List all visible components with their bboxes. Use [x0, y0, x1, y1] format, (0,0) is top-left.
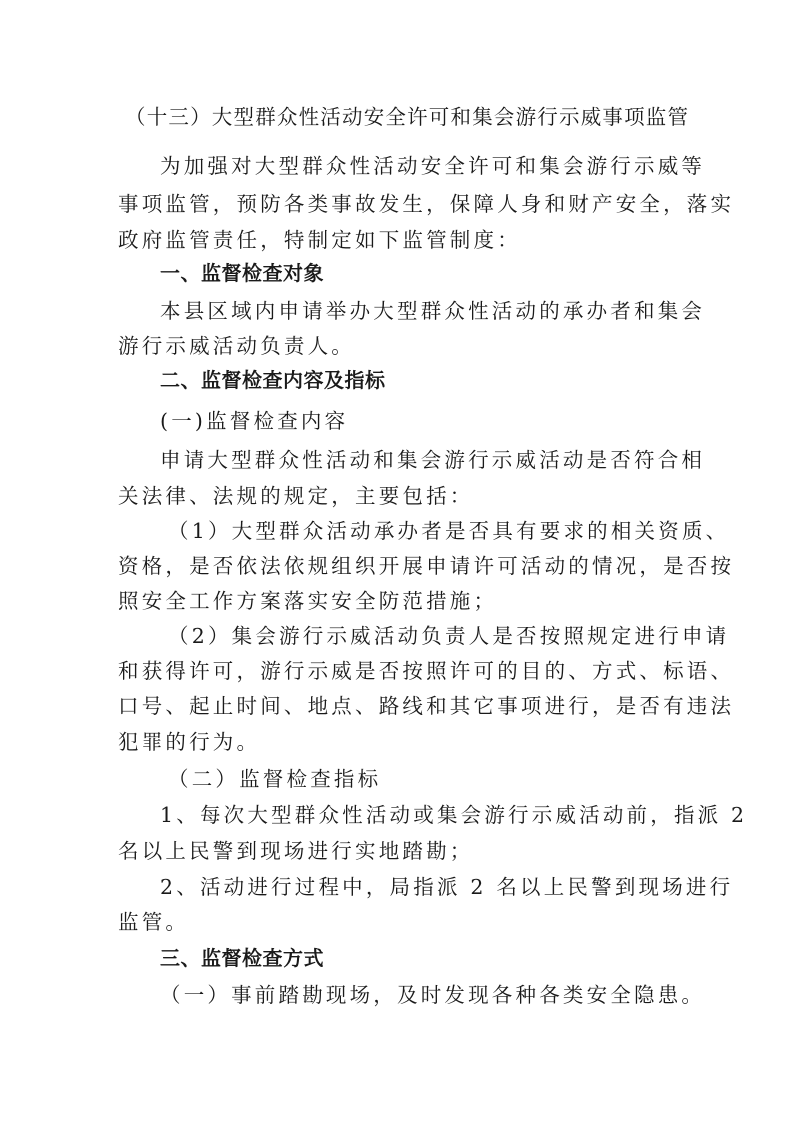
section-1-line-1: 本县区域内申请举办大型群众性活动的承办者和集会 — [160, 298, 705, 324]
item-2-line-3: 口号、起止时间、地点、路线和其它事项进行，是否有违法 — [118, 693, 734, 719]
intro-line-3: 政府监管责任，特制定如下监管制度： — [118, 227, 521, 253]
item-2-line-4: 犯罪的行为。 — [118, 729, 260, 755]
indicator-1-line-2: 名以上民警到现场进行实地踏勘； — [118, 838, 474, 864]
item-2-line-2: 和获得许可，游行示威是否按照许可的目的、方式、标语、 — [118, 658, 734, 684]
document-page: （十三）大型群众性活动安全许可和集会游行示威事项监管 为加强对大型群众性活动安全… — [0, 0, 793, 1122]
intro-line-1: 为加强对大型群众性活动安全许可和集会游行示威等 — [160, 153, 705, 179]
item-1-line-2: 资格，是否依法依规组织开展申请许可活动的情况，是否按 — [118, 553, 734, 579]
item-2-line-1: （2）集会游行示威活动负责人是否按照规定进行申请 — [168, 623, 729, 649]
sub-1-line-1: 申请大型群众性活动和集会游行示威活动是否符合相 — [160, 447, 705, 473]
sub-2-heading: （二）监督检查指标 — [168, 766, 381, 792]
item-1-line-3: 照安全工作方案落实安全防范措施； — [118, 588, 497, 614]
sub-1-heading: (一)监督检查内容 — [160, 408, 348, 434]
sub-1-line-2: 关法律、法规的规定，主要包括： — [118, 483, 474, 509]
intro-line-2: 事项监管，预防各类事故发生，保障人身和财产安全，落实 — [118, 191, 734, 217]
section-3-line-1: （一）事前踏勘现场，及时发现各种各类安全隐患。 — [160, 982, 705, 1008]
section-2-heading: 二、监督检查内容及指标 — [160, 367, 386, 393]
section-3-heading: 三、监督检查方式 — [160, 945, 324, 971]
item-1-line-1: （1）大型群众活动承办者是否具有要求的相关资质、 — [168, 518, 729, 544]
indicator-1-line-1: 1、每次大型群众性活动或集会游行示威活动前，指派 2 — [160, 802, 747, 828]
indicator-2-line-2: 监管。 — [118, 909, 189, 935]
section-1-heading: 一、监督检查对象 — [160, 260, 324, 286]
section-1-line-2: 游行示威活动负责人。 — [118, 333, 355, 359]
indicator-2-line-1: 2、活动进行过程中，局指派 2 名以上民警到现场进行 — [160, 874, 733, 900]
document-title: （十三）大型群众性活动安全许可和集会游行示威事项监管 — [125, 104, 689, 130]
